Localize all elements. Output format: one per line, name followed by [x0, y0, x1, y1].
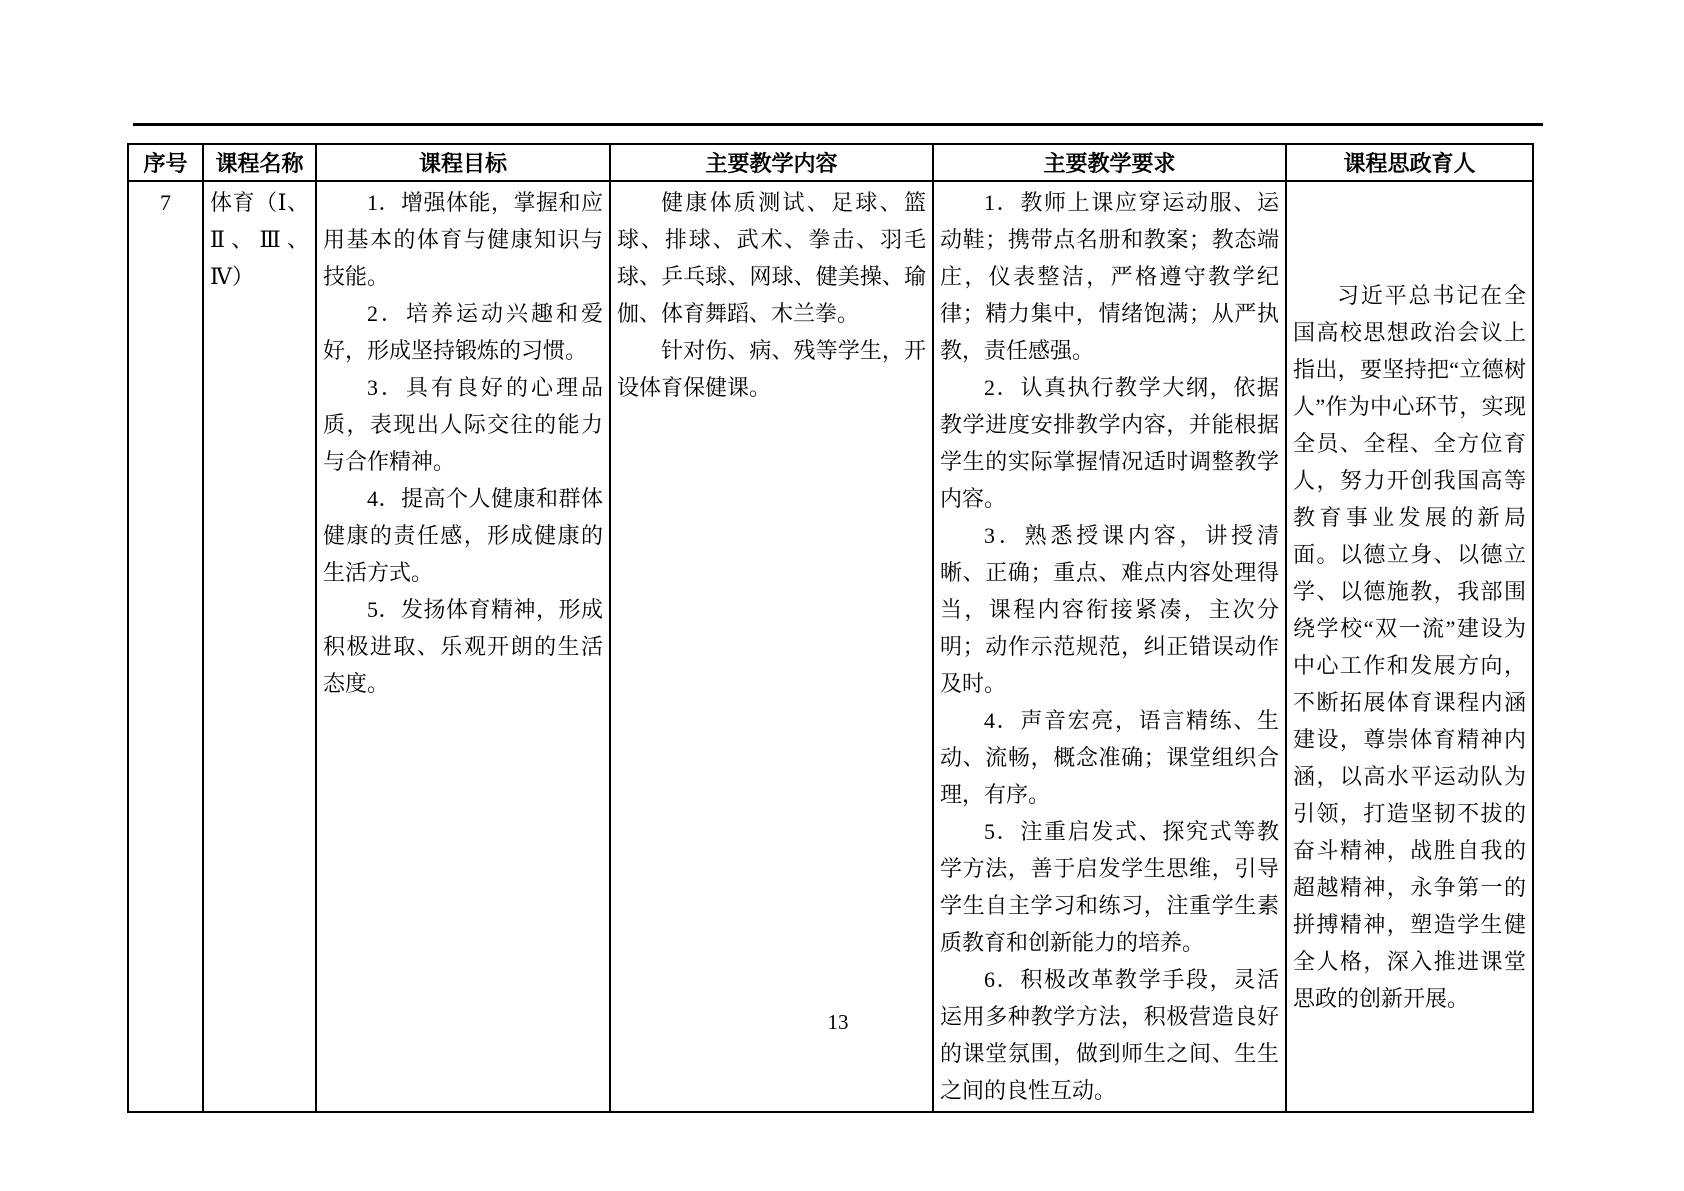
page-number: 13: [828, 1010, 849, 1034]
course-table: 序号 课程名称 课程目标 主要教学内容 主要教学要求 课程思政育人 7 体育（Ⅰ…: [127, 143, 1534, 1113]
objective-paragraph: 1．增强体能，掌握和应用基本的体育与健康知识与技能。: [323, 184, 603, 295]
objective-paragraph: 4．提高个人健康和群体健康的责任感，形成健康的生活方式。: [323, 480, 603, 591]
cell-course-name: 体育（Ⅰ、Ⅱ、Ⅲ、Ⅳ）: [203, 181, 316, 1112]
table-header-row: 序号 课程名称 课程目标 主要教学内容 主要教学要求 课程思政育人: [128, 144, 1533, 181]
requirement-paragraph: 5．注重启发式、探究式等教学方法，善于启发学生思维，引导学生自主学习和练习，注重…: [940, 813, 1279, 961]
page-footer: 13: [133, 1010, 1543, 1035]
requirement-paragraph: 6．积极改革教学手段，灵活运用多种教学方法，积极营造良好的课堂氛围，做到师生之间…: [940, 961, 1279, 1109]
column-header-content: 主要教学内容: [610, 144, 933, 181]
objective-paragraph: 3．具有良好的心理品质，表现出人际交往的能力与合作精神。: [323, 369, 603, 480]
column-header-objectives: 课程目标: [316, 144, 610, 181]
column-header-requirements: 主要教学要求: [933, 144, 1286, 181]
objective-paragraph: 2．培养运动兴趣和爱好，形成坚持锻炼的习惯。: [323, 295, 603, 369]
cell-course-index: 7: [128, 181, 203, 1112]
column-header-ideology: 课程思政育人: [1286, 144, 1533, 181]
content-paragraph: 健康体质测试、足球、篮球、排球、武术、拳击、羽毛球、乒乓球、网球、健美操、瑜伽、…: [617, 184, 926, 332]
page-header-rule: [133, 123, 1543, 126]
cell-teaching-requirements: 1．教师上课应穿运动服、运动鞋；携带点名册和教案；教态端庄，仪表整洁，严格遵守教…: [933, 181, 1286, 1112]
course-name-text: 体育（Ⅰ、Ⅱ、Ⅲ、Ⅳ）: [210, 184, 309, 295]
objective-paragraph: 5．发扬体育精神，形成积极进取、乐观开朗的生活态度。: [323, 591, 603, 702]
table-row: 7 体育（Ⅰ、Ⅱ、Ⅲ、Ⅳ） 1．增强体能，掌握和应用基本的体育与健康知识与技能。…: [128, 181, 1533, 1112]
requirement-paragraph: 3．熟悉授课内容，讲授清晰、正确；重点、难点内容处理得当，课程内容衔接紧凑，主次…: [940, 517, 1279, 702]
requirement-paragraph: 4．声音宏亮，语言精练、生动、流畅，概念准确；课堂组织合理，有序。: [940, 702, 1279, 813]
requirement-paragraph: 2．认真执行教学大纲，依据教学进度安排教学内容，并能根据学生的实际掌握情况适时调…: [940, 369, 1279, 517]
cell-course-objectives: 1．增强体能，掌握和应用基本的体育与健康知识与技能。 2．培养运动兴趣和爱好，形…: [316, 181, 610, 1112]
requirement-paragraph: 1．教师上课应穿运动服、运动鞋；携带点名册和教案；教态端庄，仪表整洁，严格遵守教…: [940, 184, 1279, 369]
content-paragraph: 针对伤、病、残等学生，开设体育保健课。: [617, 332, 926, 406]
cell-teaching-content: 健康体质测试、足球、篮球、排球、武术、拳击、羽毛球、乒乓球、网球、健美操、瑜伽、…: [610, 181, 933, 1112]
ideology-paragraph: 习近平总书记在全国高校思想政治会议上指出，要坚持把“立德树人”作为中心环节，实现…: [1293, 277, 1526, 1017]
cell-ideology-education: 习近平总书记在全国高校思想政治会议上指出，要坚持把“立德树人”作为中心环节，实现…: [1286, 181, 1533, 1112]
column-header-course-name: 课程名称: [203, 144, 316, 181]
column-header-index: 序号: [128, 144, 203, 181]
